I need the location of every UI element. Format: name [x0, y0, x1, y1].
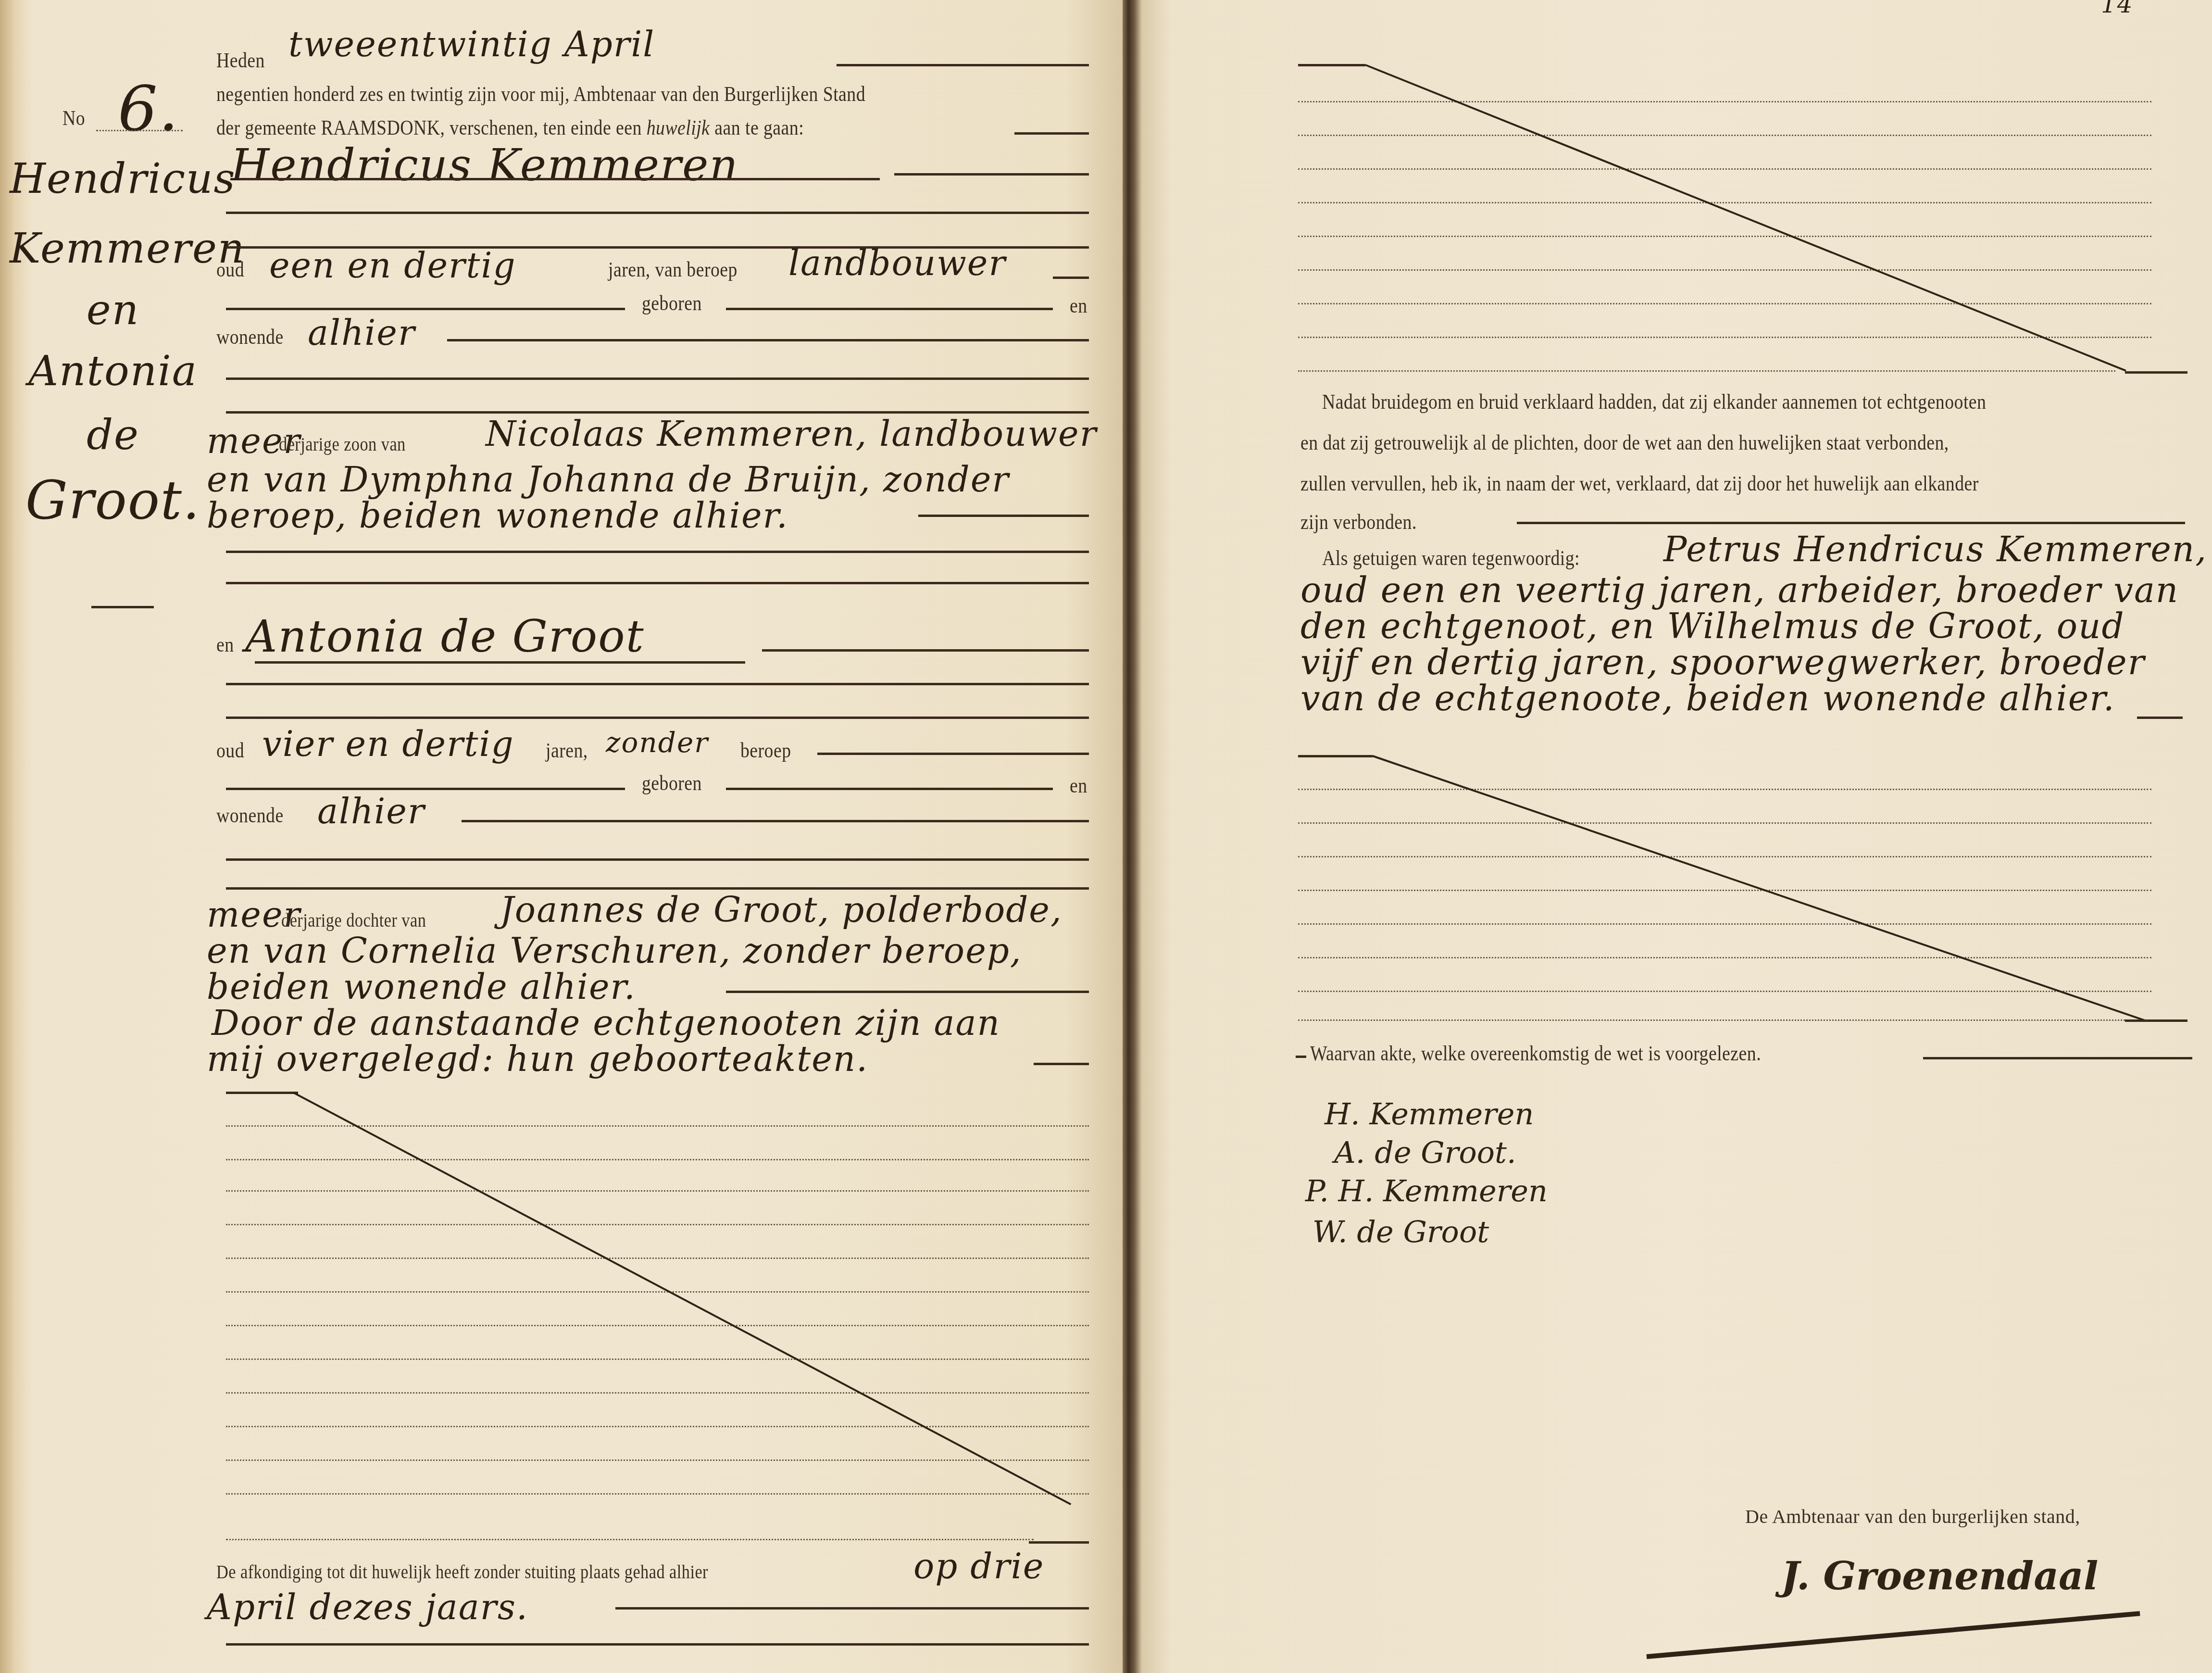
dochter-label: derjarige dochter van [281, 909, 426, 931]
dotted-line [226, 1392, 1089, 1394]
groom-age: een en dertig [269, 245, 516, 286]
dotted-line [1298, 1019, 2125, 1021]
book-spine [1123, 0, 1142, 1673]
margin-name-line: Kemmeren [10, 214, 216, 284]
margin-name-line: Groot. [10, 464, 216, 536]
documents-line: mij overgelegd: hun geboorteakten. [207, 1039, 868, 1079]
dotted-line [226, 1190, 1089, 1192]
fill-line [1298, 755, 1373, 757]
right-page: 14 Nadat bruidegom en bruid verklaard ha… [1142, 0, 2212, 1673]
oud-label: oud [216, 738, 244, 763]
groom-parents-line: beroep, beiden wonende alhier. [207, 495, 788, 536]
fill-line [226, 788, 625, 790]
signature-groom: H. Kemmeren [1325, 1096, 1534, 1132]
dotted-line [1298, 337, 2151, 338]
dotted-line [226, 1325, 1089, 1326]
left-page: No 6. Hendricus Kemmeren en Antonia de G… [0, 0, 1123, 1673]
fill-line [918, 515, 1089, 517]
official-title: De Ambtenaar van den burgerlijken stand, [1745, 1505, 2080, 1528]
afkondiging-text: De afkondiging tot dit huwelijk heeft zo… [216, 1560, 708, 1583]
dotted-line [1298, 236, 2151, 237]
witness-line: Petrus Hendricus Kemmeren, [1663, 529, 2207, 569]
fill-line [226, 717, 1089, 719]
dash [1296, 1056, 1306, 1058]
signature-bride: A. de Groot. [1334, 1135, 1516, 1170]
fill-line [726, 308, 1053, 310]
cancel-diagonal [1365, 64, 2126, 372]
fill-line [894, 173, 1089, 176]
declaration-line: zullen vervullen, heb ik, in naam der we… [1300, 471, 1979, 496]
fill-line [726, 991, 1089, 993]
wonende-label: wonende [216, 325, 284, 349]
witness-line: van de echtgenoote, beiden wonende alhie… [1300, 678, 2115, 718]
bride-profession: zonder [606, 726, 709, 759]
dotted-line [226, 1291, 1089, 1293]
dotted-line [1298, 269, 2151, 271]
dotted-line [226, 1493, 1089, 1495]
dotted-line [1298, 168, 2151, 170]
dotted-line [1298, 957, 2151, 958]
geboren-label: geboren [642, 771, 702, 795]
geboren-label: geboren [642, 291, 702, 315]
underline [255, 661, 745, 664]
margin-name-line: en [10, 284, 216, 337]
dotted-line [226, 1224, 1089, 1225]
beroep-label: beroep [740, 738, 791, 763]
cancel-diagonal [1372, 755, 2146, 1021]
fill-line [226, 1643, 1089, 1646]
declaration-line: Nadat bruidegom en bruid verklaard hadde… [1322, 390, 1986, 414]
groom-profession: landbouwer [788, 243, 1006, 283]
bride-parents-line: beiden wonende alhier. [207, 967, 636, 1007]
record-number: 6. [118, 72, 179, 145]
fill-line [226, 858, 1089, 861]
preprinted-line: der gemeente RAAMSDONK, verschenen, ten … [216, 115, 804, 140]
dotted-line [226, 1426, 1089, 1427]
en-label: en [1070, 293, 1087, 318]
bride-age: vier en dertig [262, 724, 514, 764]
dotted-line [226, 1539, 1034, 1540]
dotted-line [226, 1459, 1089, 1461]
dotted-line [96, 130, 183, 131]
bride-name: Antonia de Groot [245, 611, 645, 662]
record-number-label: No [62, 106, 85, 130]
dotted-line [1298, 856, 2151, 857]
en-label: en [1070, 773, 1087, 798]
fill-line [226, 551, 1089, 553]
heden-value: tweeentwintig April [288, 24, 655, 64]
fill-line [226, 308, 625, 310]
official-signature: J. Groenendaal [1781, 1553, 2098, 1598]
declaration-line: zijn verbonden. [1300, 510, 1417, 534]
documents-line: Door de aanstaande echtgenooten zijn aan [212, 1003, 1000, 1043]
dotted-line [1298, 370, 2115, 372]
groom-parents-line: en van Dymphna Johanna de Bruijn, zonder [207, 459, 1010, 500]
dotted-line [1298, 991, 2151, 992]
fill-line [837, 64, 1089, 66]
closing-text: Waarvan akte, welke overeenkomstig de we… [1310, 1041, 1761, 1066]
margin-name-line: Hendricus [10, 144, 216, 214]
witness-line: vijf en dertig jaren, spoorwegwerker, br… [1300, 642, 2145, 682]
signature-witness-1: P. H. Kemmeren [1305, 1173, 1548, 1208]
fill-line [2125, 371, 2187, 374]
bride-residence: alhier [317, 791, 425, 831]
text: aan te gaan: [714, 116, 804, 139]
fill-line [615, 1607, 1089, 1610]
margin-name-line: Antonia [10, 337, 216, 406]
declaration-line: en dat zij getrouwelijk al de plichten, … [1300, 430, 1949, 455]
dotted-line [1298, 303, 2151, 304]
bride-parents-line: Joannes de Groot, polderbode, [500, 890, 1062, 930]
fill-line [1298, 64, 1365, 66]
underline [240, 178, 880, 180]
fill-line [726, 788, 1053, 790]
fill-line [762, 649, 1089, 652]
witness-line: oud een en veertig jaren, arbeider, broe… [1300, 570, 2179, 610]
fill-line [1053, 277, 1089, 279]
dotted-line [1298, 923, 2151, 925]
cancel-diagonal [293, 1092, 1071, 1505]
bride-parents-line: en van Cornelia Verschuren, zonder beroe… [207, 931, 1022, 971]
groom-residence: alhier [308, 313, 415, 353]
signature-witness-2: W. de Groot [1312, 1214, 1489, 1249]
margin-names: Hendricus Kemmeren en Antonia de Groot. [10, 144, 216, 536]
dotted-line [1298, 789, 2151, 790]
dotted-line [1298, 822, 2151, 824]
fill-line [2125, 1019, 2187, 1022]
zoon-label: derjarige zoon van [279, 433, 406, 455]
afkondiging-value: op drie [913, 1546, 1044, 1586]
dotted-line [1298, 890, 2151, 891]
dotted-line [226, 1359, 1089, 1360]
fill-line [1517, 522, 2185, 524]
signature-flourish [1647, 1611, 2140, 1659]
fill-line [226, 582, 1089, 584]
jaren-label: jaren, [546, 738, 588, 763]
fill-line [447, 339, 1089, 341]
dotted-line [226, 1159, 1089, 1160]
fill-line [817, 753, 1089, 755]
heden-label: Heden [216, 48, 265, 73]
groom-name: Hendricus Kemmeren [231, 139, 739, 191]
page-number: 14 [2101, 0, 2134, 18]
margin-dash [91, 606, 154, 608]
fill-line [1034, 1063, 1089, 1065]
fill-line [1923, 1057, 2192, 1059]
oud-label: oud [216, 257, 244, 282]
fill-line [226, 377, 1089, 380]
en-bride-label: en [216, 632, 234, 657]
dotted-line [1298, 202, 2151, 203]
groom-parents-line: Nicolaas Kemmeren, landbouwer [486, 414, 1097, 454]
jaren-beroep-label: jaren, van beroep [608, 257, 737, 282]
italic-text: huwelijk [647, 116, 710, 139]
dotted-line [226, 1258, 1089, 1259]
dotted-line [1298, 101, 2151, 102]
witnesses-label: Als getuigen waren tegenwoordig: [1322, 546, 1580, 570]
text: der gemeente RAAMSDONK, verschenen, ten … [216, 116, 642, 139]
fill-line [226, 212, 1089, 214]
margin-name-line: de [10, 406, 216, 464]
fill-line [1014, 132, 1089, 135]
afkondiging-value: April dezes jaars. [207, 1587, 528, 1627]
fill-line [462, 820, 1089, 822]
dotted-line [1298, 135, 2151, 136]
witness-line: den echtgenoot, en Wilhelmus de Groot, o… [1300, 606, 2125, 646]
preprinted-line: negentien honderd zes en twintig zijn vo… [216, 82, 865, 106]
wonende-label: wonende [216, 803, 284, 828]
fill-line [1029, 1541, 1089, 1544]
fill-line [2137, 717, 2183, 719]
fill-line [226, 1092, 298, 1094]
fill-line [226, 683, 1089, 685]
